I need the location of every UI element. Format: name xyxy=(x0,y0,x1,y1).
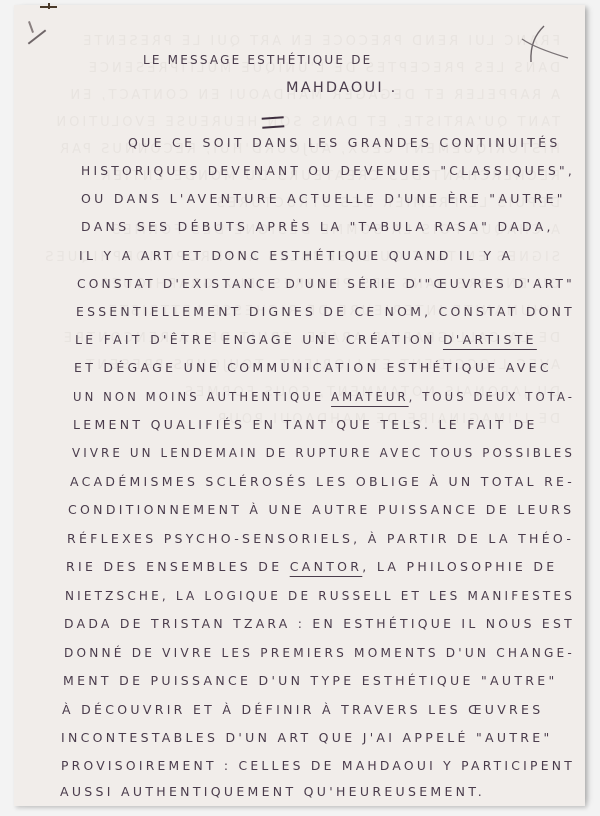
line-text: vivre un lendemain de rupture avec tous … xyxy=(72,445,575,460)
manuscript-line: vivre un lendemain de rupture avec tous … xyxy=(72,445,575,460)
line-text: incontestables d'un art que j'ai appelé … xyxy=(61,730,553,745)
line-text: réflexes psycho-sensoriels, à partir de … xyxy=(67,531,574,546)
underlined-word: Cantor xyxy=(290,559,363,574)
manuscript-line: constat d'existance d'une série d'"œuvre… xyxy=(77,276,575,291)
manuscript-line: Que ce soit dans les grandes continuités xyxy=(128,135,561,150)
bleed-through-line: Franc lui rend precoce en art qui le pre… xyxy=(60,28,560,55)
manuscript-line: réflexes psycho-sensoriels, à partir de … xyxy=(67,531,574,546)
line-text-continued: , tous deux tota- xyxy=(409,389,575,404)
line-text: il y a art et donc esthétique quand il y… xyxy=(79,248,514,263)
line-text: rie des ensembles de xyxy=(66,559,290,574)
manuscript-line: provisoirement : celles de Mahdaoui y pa… xyxy=(61,758,575,773)
line-text: lement qualifiés en tant que tels. Le fa… xyxy=(73,417,538,432)
manuscript-line: il y a art et donc esthétique quand il y… xyxy=(79,248,514,263)
line-text: Que ce soit dans les grandes continuités xyxy=(128,135,561,150)
line-text: académismes sclérosés les oblige à un to… xyxy=(70,474,575,489)
line-text: ou dans l'aventure actuelle d'une ère "a… xyxy=(81,191,566,206)
underlined-word: amateur xyxy=(331,389,409,404)
manuscript-line: conditionnement à une autre puissance de… xyxy=(68,502,574,517)
manuscript-line: historiques devenant ou devenues "classi… xyxy=(81,163,575,178)
manuscript-line: dada de Tristan Tzara : en esthétique il… xyxy=(64,616,575,631)
document-title-line2: Mahdaoui . xyxy=(286,80,397,96)
document-title-line1: Le message esthétique de xyxy=(143,53,372,67)
manuscript-line: lement qualifiés en tant que tels. Le fa… xyxy=(73,417,538,432)
page-number-mark-tick xyxy=(48,3,50,9)
manuscript-line: Nietzsche, la logique de Russell et les … xyxy=(65,588,575,603)
line-text: historiques devenant ou devenues "classi… xyxy=(81,163,575,178)
line-text: un non moins authentique xyxy=(73,389,331,404)
manuscript-line: rie des ensembles de Cantor, la philosop… xyxy=(66,559,557,574)
manuscript-line: essentiellement dignes de ce nom, consta… xyxy=(76,304,575,319)
line-text-continued: , la philosophie de xyxy=(362,559,557,574)
line-text: ment de puissance d'un type esthétique "… xyxy=(63,673,558,688)
line-text: conditionnement à une autre puissance de… xyxy=(68,502,574,517)
line-text: Nietzsche, la logique de Russell et les … xyxy=(65,588,575,603)
line-text: constat d'existance d'une série d'"œuvre… xyxy=(77,276,575,291)
check-mark-icon xyxy=(518,22,570,66)
manuscript-line: dans ses débuts après la "tabula rasa" d… xyxy=(81,219,554,234)
line-text: à découvrir et à définir à travers les œ… xyxy=(62,702,543,717)
manuscript-line: ment de puissance d'un type esthétique "… xyxy=(63,673,558,688)
manuscript-line: incontestables d'un art que j'ai appelé … xyxy=(61,730,553,745)
manuscript-line: le fait d'être engage une création d'art… xyxy=(75,332,537,347)
manuscript-line: à découvrir et à définir à travers les œ… xyxy=(62,702,543,717)
manuscript-line: ou dans l'aventure actuelle d'une ère "a… xyxy=(81,191,566,206)
manuscript-line: donné de vivre les premiers moments d'un… xyxy=(64,645,575,660)
line-text: aussi authentiquement qu'heureusement. xyxy=(60,784,485,799)
manuscript-line: académismes sclérosés les oblige à un to… xyxy=(70,474,575,489)
line-text: essentiellement dignes de ce nom, consta… xyxy=(76,304,575,319)
manuscript-line: aussi authentiquement qu'heureusement. xyxy=(60,784,485,799)
bleed-through-line: tant qu'artiste, et dans son heureuse ev… xyxy=(60,109,560,136)
underlined-word: d'artiste xyxy=(443,332,537,347)
line-text: et dégage une communication esthétique a… xyxy=(74,360,552,375)
line-text: donné de vivre les premiers moments d'un… xyxy=(64,645,575,660)
manuscript-line: et dégage une communication esthétique a… xyxy=(74,360,552,375)
manuscript-line: un non moins authentique amateur, tous d… xyxy=(73,389,575,404)
line-text: dans ses débuts après la "tabula rasa" d… xyxy=(81,219,554,234)
line-text: le fait d'être engage une création xyxy=(75,332,443,347)
line-text: provisoirement : celles de Mahdaoui y pa… xyxy=(61,758,575,773)
line-text: dada de Tristan Tzara : en esthétique il… xyxy=(64,616,575,631)
title-double-underline xyxy=(262,116,285,129)
